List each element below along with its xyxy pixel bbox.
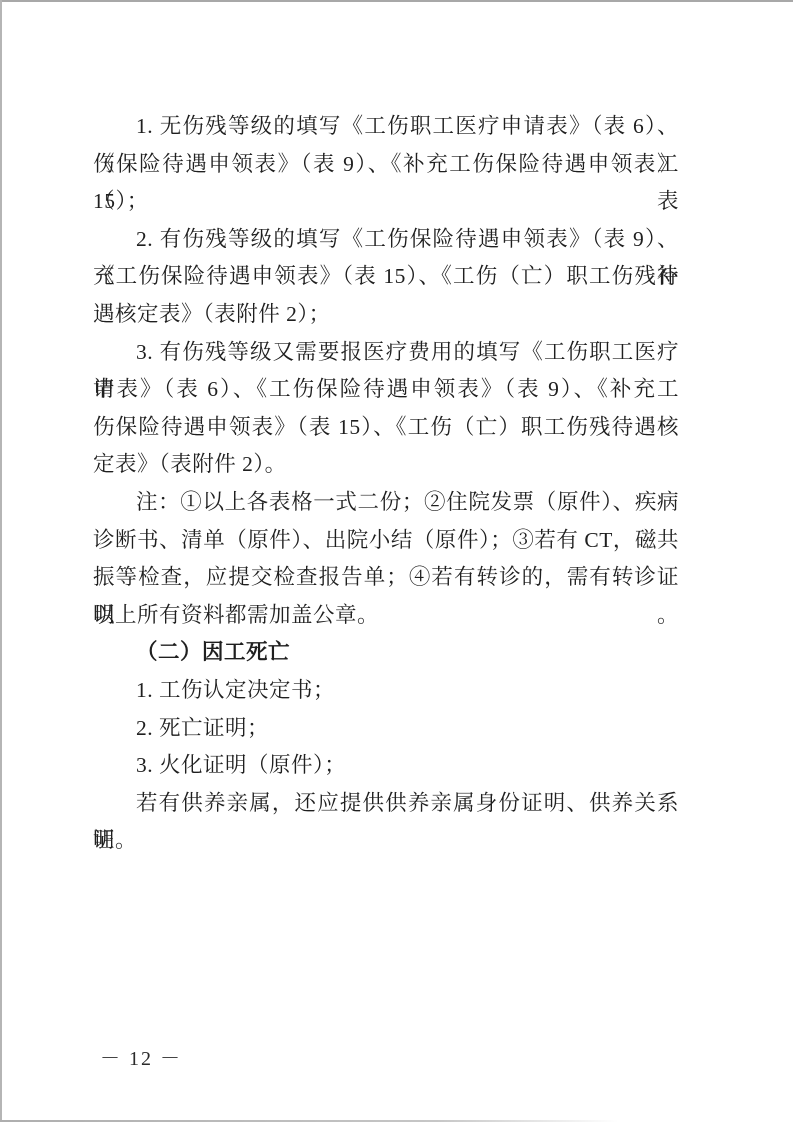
text-line: 伤保险待遇申领表》（表 9）、《补充工伤保险待遇申领表》（表 [93,146,679,184]
text-line: 3. 火化证明（原件）； [93,747,679,785]
text-line: 注：①以上各表格一式二份；②住院发票（原件）、疾病 [93,484,679,522]
text-line: 明。 [93,822,679,860]
text-line: 诊断书、清单（原件）、出院小结（原件）；③若有 CT，磁共 [93,522,679,560]
text-line: 3. 有伤残等级又需要报医疗费用的填写《工伤职工医疗申 [93,334,679,372]
text-line: 遇核定表》（表附件 2）； [93,296,679,334]
section-heading: （二）因工死亡 [93,634,679,672]
text-line: 若有供养亲属，还应提供供养亲属身份证明、供养关系证 [93,785,679,823]
text-line: 请表》（表 6）、《工伤保险待遇申领表》（表 9）、《补充工 [93,371,679,409]
text-line: 1. 无伤残等级的填写《工伤职工医疗申请表》（表 6）、《工 [93,108,679,146]
scan-edge-left [0,0,2,1122]
text-line: 伤保险待遇申领表》（表 15）、《工伤（亡）职工伤残待遇核 [93,409,679,447]
text-block: 1. 无伤残等级的填写《工伤职工医疗申请表》（表 6）、《工伤保险待遇申领表》（… [93,108,679,860]
text-line: 振等检查，应提交检查报告单；④若有转诊的，需有转诊证明。 [93,559,679,597]
text-line: 定表》（表附件 2）。 [93,446,679,484]
text-line: 1. 工伤认定决定书； [93,672,679,710]
text-line: 2. 死亡证明； [93,710,679,748]
scan-edge-top [0,0,793,2]
text-line: 充工伤保险待遇申领表》（表 15）、《工伤（亡）职工伤残待 [93,258,679,296]
text-line: 2. 有伤残等级的填写《工伤保险待遇申领表》（表 9）、《补 [93,221,679,259]
page-number: － 12 － [100,1042,182,1071]
